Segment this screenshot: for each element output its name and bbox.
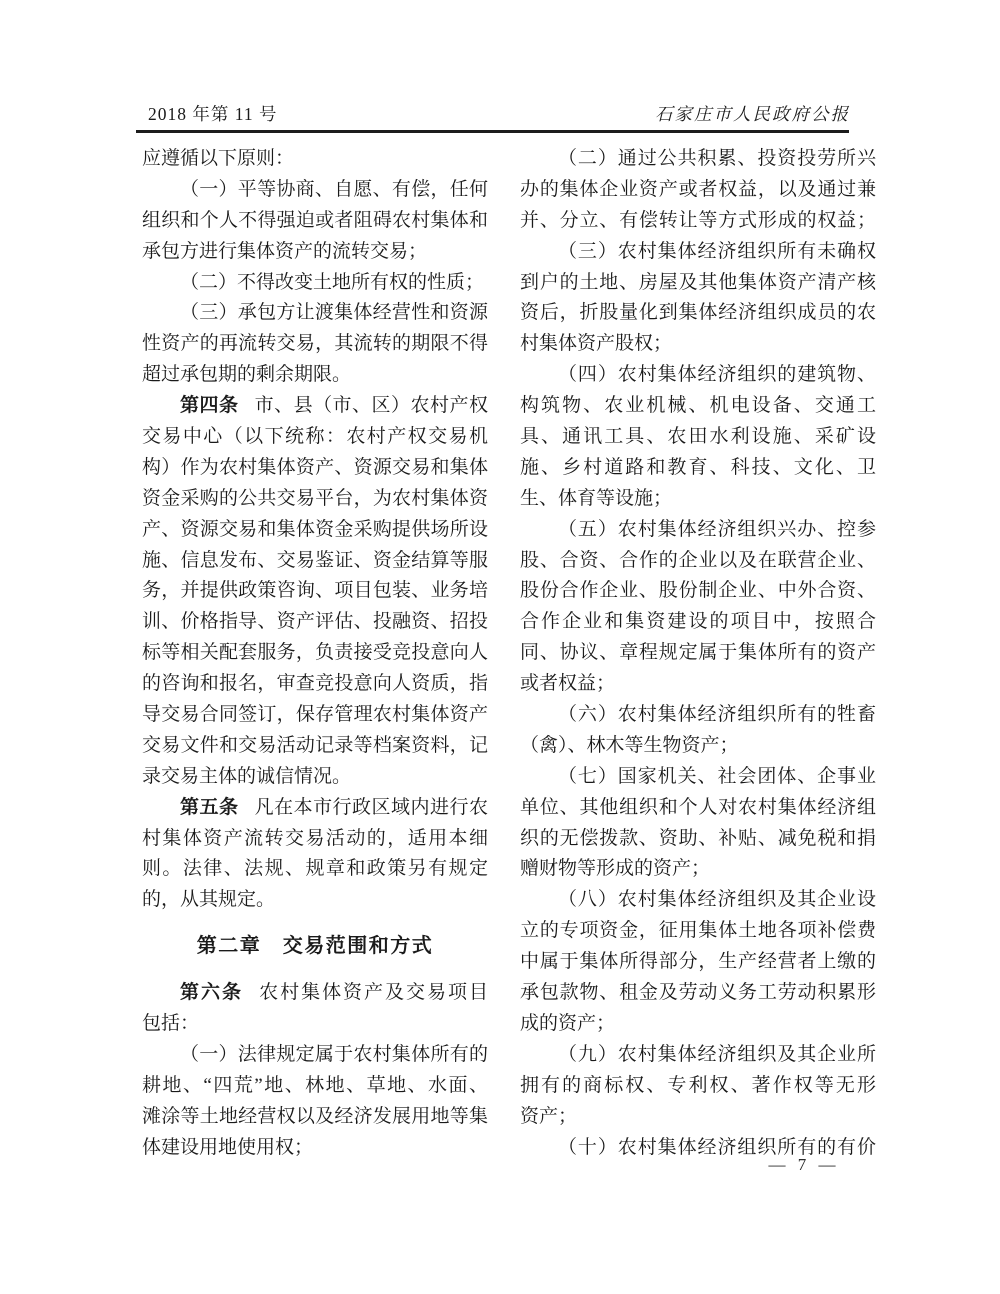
text-line: 组织和个人不得强迫或者阻碍农村集体和 (142, 206, 488, 237)
text-line: 的，从其规定。 (142, 885, 488, 916)
text-line: 单位、其他组织和个人对农村集体经济组 (520, 793, 876, 824)
text-line: 训、价格指导、资产评估、投融资、招投 (142, 607, 488, 638)
text-line: 第五条凡在本市行政区域内进行农 (142, 793, 488, 824)
text-line: 应遵循以下原则： (142, 144, 488, 175)
text-line: 产、资源交易和集体资金采购提供场所设 (142, 515, 488, 546)
text-line: 构筑物、农业机械、机电设备、交通工 (520, 391, 876, 422)
text-line: 同、协议、章程规定属于集体所有的资产 (520, 638, 876, 669)
gazette-title: 石家庄市人民政府公报 (655, 101, 850, 127)
text-line: 拥有的商标权、专利权、著作权等无形 (520, 1071, 876, 1102)
text-line: （五）农村集体经济组织兴办、控参 (520, 515, 876, 546)
text-line: 标等相关配套服务，负责接受竞投意向人 (142, 638, 488, 669)
text-line: 滩涂等土地经营权以及经济发展用地等集 (142, 1102, 488, 1133)
text-line: 成的资产； (520, 1009, 876, 1040)
text-line: 到户的土地、房屋及其他集体资产清产核 (520, 268, 876, 299)
right-column: （二）通过公共积累、投资投劳所兴 办的集体企业资产或者权益，以及通过兼 并、分立… (520, 144, 876, 1163)
gazette-page: 2018 年第 11 号 石家庄市人民政府公报 应遵循以下原则： （一）平等协商… (0, 0, 1000, 1294)
chapter-heading: 第二章 交易范围和方式 (142, 916, 488, 978)
text-line: 施、乡村道路和教育、科技、文化、卫 (520, 453, 876, 484)
text-line: 并、分立、有偿转让等方式形成的权益； (520, 206, 876, 237)
text-line: 股份合作企业、股份制企业、中外合资、 (520, 576, 876, 607)
text-line: 务，并提供政策咨询、项目包装、业务培 (142, 576, 488, 607)
text-line: 赠财物等形成的资产； (520, 854, 876, 885)
text-line: 织的无偿拨款、资助、补贴、减免税和捐 (520, 824, 876, 855)
text-line: （一）法律规定属于农村集体所有的 (142, 1040, 488, 1071)
text-line: （三）承包方让渡集体经营性和资源 (142, 298, 488, 329)
text-line: 中属于集体所得部分，生产经营者上缴的 (520, 947, 876, 978)
text-line: （六）农村集体经济组织所有的牲畜 (520, 700, 876, 731)
text-line: 第六条农村集体资产及交易项目 (142, 978, 488, 1009)
text-line: 立的专项资金，征用集体土地各项补偿费 (520, 916, 876, 947)
text-line: （七）国家机关、社会团体、企事业 (520, 762, 876, 793)
page-number: — 7 — (742, 1152, 862, 1178)
text-line: 村集体资产流转交易活动的，适用本细 (142, 824, 488, 855)
article-number: 第五条 (180, 797, 238, 818)
issue-number: 2018 年第 11 号 (148, 101, 277, 127)
text-line: （一）平等协商、自愿、有偿，任何 (142, 175, 488, 206)
text-line: （八）农村集体经济组织及其企业设 (520, 885, 876, 916)
text-line: 包括： (142, 1009, 488, 1040)
text-line: 或者权益； (520, 669, 876, 700)
text-line: 构）作为农村集体资产、资源交易和集体 (142, 453, 488, 484)
text-line: 承包款物、租金及劳动义务工劳动积累形 (520, 978, 876, 1009)
text-line: 施、信息发布、交易鉴证、资金结算等服 (142, 546, 488, 577)
article-number: 第六条 (180, 982, 243, 1003)
text-line: 合作企业和集资建设的项目中，按照合 (520, 607, 876, 638)
text-line: 交易文件和交易活动记录等档案资料，记 (142, 731, 488, 762)
text-line: （禽）、林木等生物资产； (520, 731, 876, 762)
text-line: 股、合资、合作的企业以及在联营企业、 (520, 546, 876, 577)
text-line: 交易中心（以下统称：农村产权交易机 (142, 422, 488, 453)
text-line: 第四条市、县（市、区）农村产权 (142, 391, 488, 422)
article-number: 第四条 (180, 395, 238, 416)
text-line: （四）农村集体经济组织的建筑物、 (520, 360, 876, 391)
text-line: 资后，折股量化到集体经济组织成员的农 (520, 298, 876, 329)
text-line: 承包方进行集体资产的流转交易； (142, 237, 488, 268)
text-line: 导交易合同签订，保存管理农村集体资产 (142, 700, 488, 731)
text-line: （二）不得改变土地所有权的性质； (142, 268, 488, 299)
left-column: 应遵循以下原则： （一）平等协商、自愿、有偿，任何 组织和个人不得强迫或者阻碍农… (142, 144, 488, 1163)
text-line: 耕地、“四荒”地、林地、草地、水面、 (142, 1071, 488, 1102)
text-line: 录交易主体的诚信情况。 (142, 762, 488, 793)
text-line: 办的集体企业资产或者权益，以及通过兼 (520, 175, 876, 206)
text-line: 则。法律、法规、规章和政策另有规定 (142, 854, 488, 885)
text-line: 资产； (520, 1102, 876, 1133)
text-line: （二）通过公共积累、投资投劳所兴 (520, 144, 876, 175)
text-line: 体建设用地使用权； (142, 1133, 488, 1164)
text-line: 具、通讯工具、农田水利设施、采矿设 (520, 422, 876, 453)
text-line: （三）农村集体经济组织所有未确权 (520, 237, 876, 268)
text-line: 超过承包期的剩余期限。 (142, 360, 488, 391)
header-rule (136, 130, 849, 133)
text-line: （九）农村集体经济组织及其企业所 (520, 1040, 876, 1071)
text-line: 性资产的再流转交易，其流转的期限不得 (142, 329, 488, 360)
text-line: 生、体育等设施； (520, 484, 876, 515)
text-line: 的咨询和报名，审查竞投意向人资质，指 (142, 669, 488, 700)
text-line: 村集体资产股权； (520, 329, 876, 360)
text-line: 资金采购的公共交易平台，为农村集体资 (142, 484, 488, 515)
